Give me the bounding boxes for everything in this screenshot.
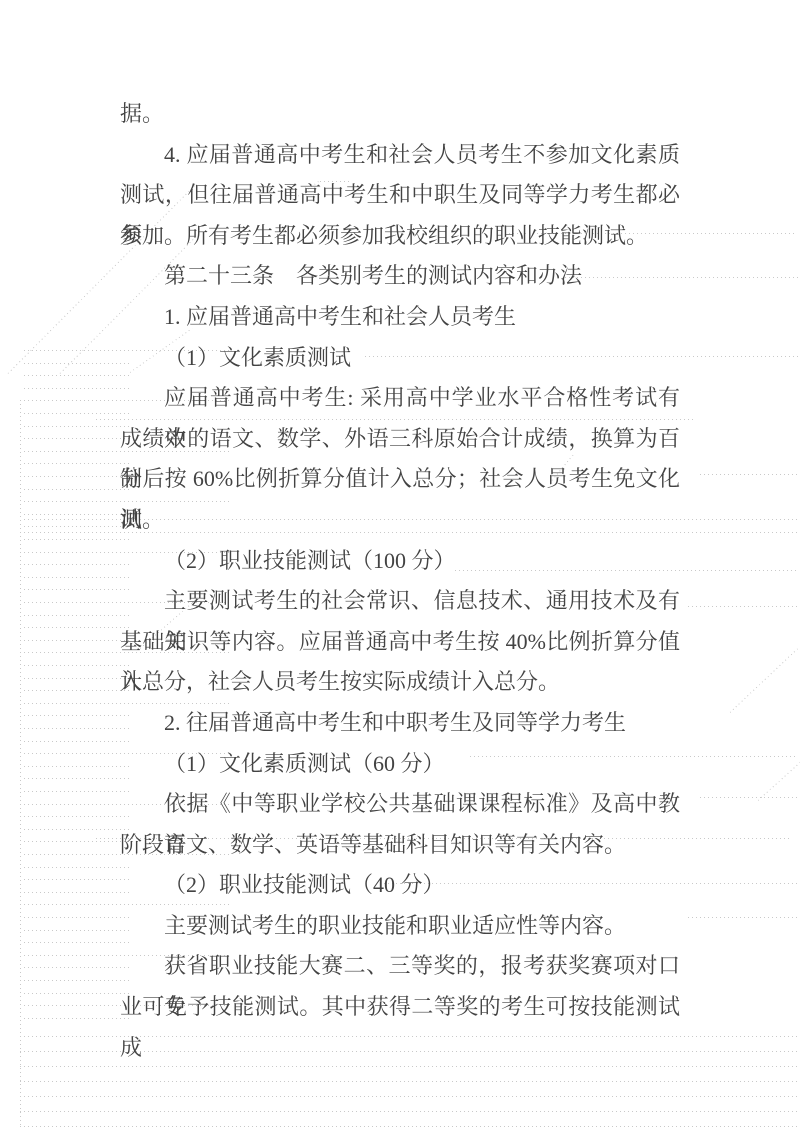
document-line: 主要测试考生的职业技能和职业适应性等内容。 [120, 906, 680, 947]
dotted-line-artifact [24, 829, 130, 830]
dotted-line-artifact [688, 606, 798, 607]
dotted-line-artifact [20, 1111, 798, 1112]
dotted-line-artifact [688, 917, 798, 918]
document-line: 成绩中的语文、数学、外语三科原始合计成绩，换算为百分 [120, 419, 680, 460]
document-line: （1）文化素质测试 [120, 338, 680, 379]
document-line: 主要测试考生的社会常识、信息技术、通用技术及有关 [120, 581, 680, 622]
document-line: 入总分，社会人员考生按实际成绩计入总分。 [120, 662, 680, 703]
dotted-line-artifact [24, 741, 130, 742]
dotted-line-artifact [20, 1081, 798, 1082]
document-line: 制后按 60%比例折算分值计入总分；社会人员考生免文化测 [120, 459, 680, 500]
document-line: 测试，但往届普通高中考生和中职生及同等学力考生都必须 [120, 175, 680, 216]
dotted-line-artifact [20, 1096, 798, 1097]
dotted-line-artifact [24, 728, 130, 729]
dotted-line-artifact [24, 615, 130, 616]
dotted-line-artifact [24, 539, 130, 540]
dotted-line-artifact [24, 375, 130, 376]
document-line: 获省职业技能大赛二、三等奖的，报考获奖赛项对口专 [120, 946, 680, 987]
dotted-line-artifact [24, 640, 130, 641]
dotted-line-artifact [24, 388, 130, 389]
dotted-line-artifact [24, 967, 130, 968]
dotted-line-artifact [24, 678, 130, 679]
document-line: 试。 [120, 500, 680, 541]
dotted-line-artifact [24, 892, 130, 893]
dotted-line-artifact [24, 665, 130, 666]
document-text-block: 据。4. 应届普通高中考生和社会人员考生不参加文化素质测试，但往届普通高中考生和… [120, 94, 680, 1028]
dotted-line-artifact [24, 715, 130, 716]
document-line: （1）文化素质测试（60 分） [120, 744, 680, 785]
dotted-line-artifact [24, 766, 130, 767]
document-line: 应届普通高中考生: 采用高中学业水平合格性考试有效 [120, 378, 680, 419]
document-page: 据。4. 应届普通高中考生和社会人员考生不参加文化素质测试，但往届普通高中考生和… [0, 0, 800, 1131]
dotted-line-artifact [24, 514, 130, 515]
dotted-line-artifact [24, 930, 130, 931]
document-line: 2. 往届普通高中考生和中职考生及同等学力考生 [120, 703, 680, 744]
dotted-line-artifact [24, 627, 130, 628]
dotted-line-artifact [24, 589, 130, 590]
dotted-line-artifact [24, 690, 130, 691]
dotted-line-artifact [24, 489, 130, 490]
document-line: 4. 应届普通高中考生和社会人员考生不参加文化素质 [120, 135, 680, 176]
dotted-line-artifact [24, 867, 130, 868]
document-line: （2）职业技能测试（40 分） [120, 865, 680, 906]
dotted-line-artifact [24, 564, 130, 565]
dotted-line-artifact [24, 791, 130, 792]
dotted-diagonal-artifact [730, 648, 798, 713]
dotted-line-artifact [24, 438, 130, 439]
dotted-line-artifact [24, 1018, 130, 1019]
dotted-line-artifact [24, 993, 130, 994]
dotted-line-artifact [700, 797, 798, 798]
document-line: 业可免予技能测试。其中获得二等奖的考生可按技能测试成 [120, 987, 680, 1028]
document-line: 依据《中等职业学校公共基础课课程标准》及高中教育 [120, 784, 680, 825]
dotted-line-artifact [20, 400, 21, 1128]
dotted-line-artifact [24, 879, 130, 880]
document-line: 基础知识等内容。应届普通高中考生按 40%比例折算分值计 [120, 622, 680, 663]
dotted-line-artifact [20, 1126, 798, 1127]
document-line: （2）职业技能测试（100 分） [120, 541, 680, 582]
dotted-line-artifact [24, 363, 130, 364]
dotted-line-artifact [24, 942, 130, 943]
dotted-line-artifact [24, 816, 130, 817]
dotted-line-artifact [24, 526, 130, 527]
dotted-line-artifact [24, 463, 130, 464]
dotted-line-artifact [24, 980, 130, 981]
document-line: 第二十三条 各类别考生的测试内容和办法 [120, 256, 680, 297]
document-line: 参加。所有考生都必须参加我校组织的职业技能测试。 [120, 216, 680, 257]
dotted-line-artifact [700, 474, 798, 475]
dotted-line-artifact [24, 841, 130, 842]
dotted-diagonal-artifact [758, 762, 800, 801]
dotted-line-artifact [24, 577, 130, 578]
document-line: 阶段语文、数学、英语等基础科目知识等有关内容。 [120, 825, 680, 866]
dotted-line-artifact [24, 778, 130, 779]
dotted-line-artifact [24, 426, 130, 427]
dotted-line-artifact [24, 413, 130, 414]
dotted-line-artifact [24, 917, 130, 918]
document-line: 1. 应届普通高中考生和社会人员考生 [120, 297, 680, 338]
dotted-line-artifact [24, 476, 130, 477]
document-line: 据。 [120, 94, 680, 135]
